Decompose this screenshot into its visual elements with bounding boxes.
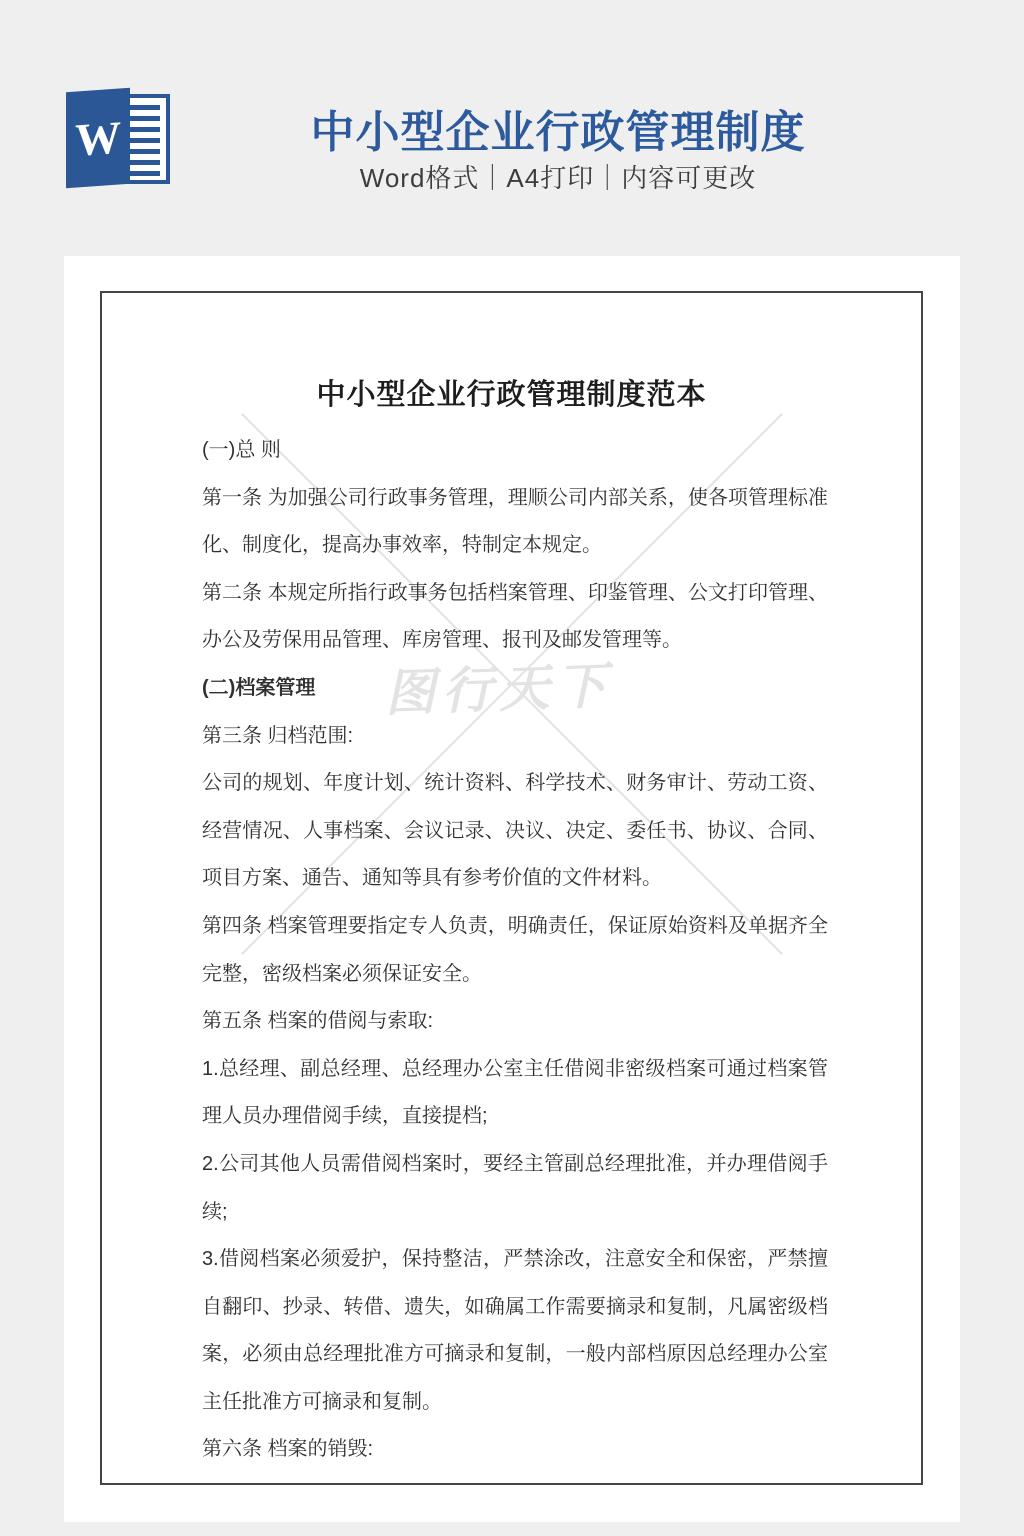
document-page: 图行天下 中小型企业行政管理制度范本 (一)总 则第一条 为加强公司行政事务管理… xyxy=(64,256,960,1522)
document-body: (一)总 则第一条 为加强公司行政事务管理，理顺公司内部关系，使各项管理标准化、… xyxy=(202,427,828,1485)
paragraph: 第二条 本规定所指行政事务包括档案管理、印鉴管理、公文打印管理、办公及劳保用品管… xyxy=(202,570,828,665)
page-title: 中小型企业行政管理制度 xyxy=(0,96,1024,160)
page-subtitle: Word格式｜A4打印｜内容可更改 xyxy=(0,158,1024,195)
paragraph: 2.公司其他人员需借阅档案时，要经主管副总经理批准，并办理借阅手续; xyxy=(202,1141,828,1236)
paragraph: 1.总经理、副总经理、总经理办公室主任借阅非密级档案可通过档案管理人员办理借阅手… xyxy=(202,1046,828,1141)
paragraph: 第一条 为加强公司行政事务管理，理顺公司内部关系，使各项管理标准化、制度化，提高… xyxy=(202,475,828,570)
paragraph: 第六条 档案的销毁: xyxy=(202,1426,828,1474)
paragraph: (一)总 则 xyxy=(202,427,828,475)
paragraph: 第四条 档案管理要指定专人负责，明确责任，保证原始资料及单据齐全完整，密级档案必… xyxy=(202,903,828,998)
paragraph: 1.任何组织或个人非经允许无权随意销毁公司档案材料; xyxy=(202,1474,828,1485)
paragraph: 3.借阅档案必须爱护，保持整洁，严禁涂改，注意安全和保密，严禁擅自翻印、抄录、转… xyxy=(202,1236,828,1426)
paragraph: 第三条 归档范围: xyxy=(202,713,828,761)
document-title: 中小型企业行政管理制度范本 xyxy=(102,377,921,413)
header: W 中小型企业行政管理制度 Word格式｜A4打印｜内容可更改 xyxy=(0,0,1024,256)
page-canvas: W 中小型企业行政管理制度 Word格式｜A4打印｜内容可更改 图行天下 中小型… xyxy=(0,0,1024,1536)
paragraph: (二)档案管理 xyxy=(202,665,828,713)
paragraph: 公司的规划、年度计划、统计资料、科学技术、财务审计、劳动工资、经营情况、人事档案… xyxy=(202,760,828,903)
paragraph: 第五条 档案的借阅与索取: xyxy=(202,998,828,1046)
document-border-frame: 图行天下 中小型企业行政管理制度范本 (一)总 则第一条 为加强公司行政事务管理… xyxy=(100,291,923,1485)
